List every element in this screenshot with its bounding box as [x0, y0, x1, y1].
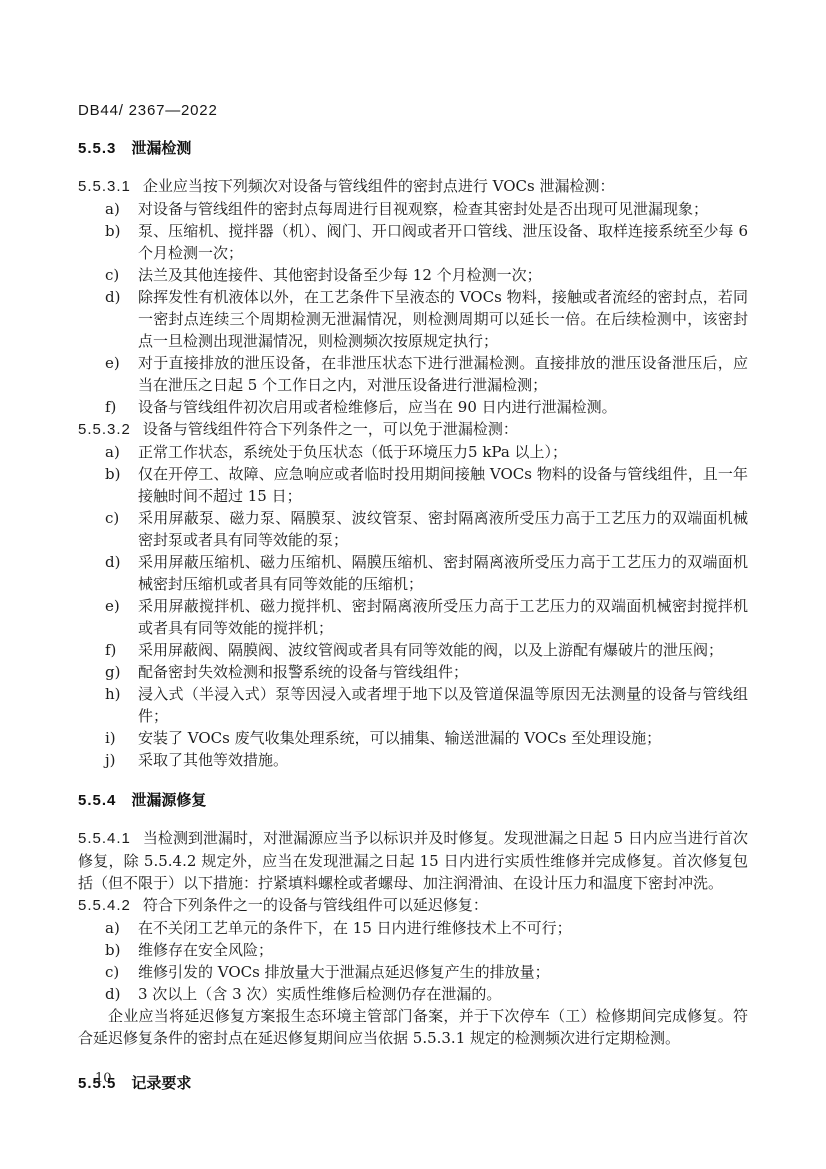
- list-item-text: 采用屏蔽搅拌机、磁力搅拌机、密封隔离液所受压力高于工艺压力的双端面机械密封搅拌机…: [138, 595, 748, 639]
- list-item-marker: c): [105, 961, 138, 983]
- list-item-marker: b): [105, 220, 138, 264]
- list-item-text: 浸入式（半浸入式）泵等因浸入或者埋于地下以及管道保温等原因无法测量的设备与管线组…: [138, 683, 748, 727]
- list-item-marker: c): [105, 507, 138, 551]
- list-item-text: 维修引发的 VOCs 排放量大于泄漏点延迟修复产生的排放量；: [138, 961, 748, 983]
- section-number: 5.5.4: [78, 792, 116, 809]
- list-item-marker: g): [105, 661, 138, 683]
- section-heading-5-5-3: 5.5.3泄漏检测: [78, 138, 748, 160]
- clause-text: 符合下列条件之一的设备与管线组件可以延迟修复：: [143, 896, 488, 914]
- list-item: f) 设备与管线组件初次启用或者检维修后，应当在 90 日内进行泄漏检测。: [78, 396, 748, 418]
- clause-text: 当检测到泄漏时，对泄漏源应当予以标识并及时修复。发现泄漏之日起 5 日内应当进行…: [78, 829, 748, 892]
- list-item-text: 采取了其他等效措施。: [138, 749, 748, 771]
- list-item: a) 对设备与管线组件的密封点每周进行目视观察，检查其密封处是否出现可见泄漏现象…: [78, 198, 748, 220]
- clause-number: 5.5.3.1: [78, 178, 131, 195]
- list-item-text: 安装了 VOCs 废气收集处理系统，可以捕集、输送泄漏的 VOCs 至处理设施；: [138, 727, 748, 749]
- list-item-text: 采用屏蔽泵、磁力泵、隔膜泵、波纹管泵、密封隔离液所受压力高于工艺压力的双端面机械…: [138, 507, 748, 551]
- list-item-text: 配备密封失效检测和报警系统的设备与管线组件；: [138, 661, 748, 683]
- list-item-text: 法兰及其他连接件、其他密封设备至少每 12 个月检测一次；: [138, 264, 748, 286]
- list-item-marker: f): [105, 639, 138, 661]
- list-item-text: 在不关闭工艺单元的条件下，在 15 日内进行维修技术上不可行；: [138, 917, 748, 939]
- list-item-marker: e): [105, 595, 138, 639]
- list-item-marker: b): [105, 463, 138, 507]
- list-item: c) 采用屏蔽泵、磁力泵、隔膜泵、波纹管泵、密封隔离液所受压力高于工艺压力的双端…: [78, 507, 748, 551]
- list-item: e) 采用屏蔽搅拌机、磁力搅拌机、密封隔离液所受压力高于工艺压力的双端面机械密封…: [78, 595, 748, 639]
- list-item: b) 维修存在安全风险；: [78, 939, 748, 961]
- list-item: h) 浸入式（半浸入式）泵等因浸入或者埋于地下以及管道保温等原因无法测量的设备与…: [78, 683, 748, 727]
- list-item-text: 维修存在安全风险；: [138, 939, 748, 961]
- list-item-text: 3 次以上（含 3 次）实质性维修后检测仍存在泄漏的。: [138, 983, 748, 1005]
- list-item-marker: j): [105, 749, 138, 771]
- section-title: 记录要求: [131, 1075, 191, 1092]
- list-item-marker: c): [105, 264, 138, 286]
- page-number: 10: [95, 1071, 112, 1086]
- list-item-marker: e): [105, 352, 138, 396]
- clause-5-5-3-1: 5.5.3.1企业应当按下列频次对设备与管线组件的密封点进行 VOCs 泄漏检测…: [78, 175, 748, 198]
- list-item: a) 正常工作状态，系统处于负压状态（低于环境压力5 kPa 以上）；: [78, 441, 748, 463]
- list-item: e) 对于直接排放的泄压设备，在非泄压状态下进行泄漏检测。直接排放的泄压设备泄压…: [78, 352, 748, 396]
- list-item-text: 除挥发性有机液体以外，在工艺条件下呈液态的 VOCs 物料，接触或者流经的密封点…: [138, 286, 748, 352]
- list-item-text: 仅在开停工、故障、应急响应或者临时投用期间接触 VOCs 物料的设备与管线组件，…: [138, 463, 748, 507]
- list-item: i) 安装了 VOCs 废气收集处理系统，可以捕集、输送泄漏的 VOCs 至处理…: [78, 727, 748, 749]
- list-item: d) 采用屏蔽压缩机、磁力压缩机、隔膜压缩机、密封隔离液所受压力高于工艺压力的双…: [78, 551, 748, 595]
- list-item-marker: d): [105, 551, 138, 595]
- clause-number: 5.5.3.2: [78, 421, 131, 438]
- clause-5-5-4-2: 5.5.4.2符合下列条件之一的设备与管线组件可以延迟修复：: [78, 894, 748, 917]
- clause-text: 企业应当按下列频次对设备与管线组件的密封点进行 VOCs 泄漏检测：: [143, 177, 615, 195]
- list-item-text: 对于直接排放的泄压设备，在非泄压状态下进行泄漏检测。直接排放的泄压设备泄压后，应…: [138, 352, 748, 396]
- list-item-text: 采用屏蔽阀、隔膜阀、波纹管阀或者具有同等效能的阀，以及上游配有爆破片的泄压阀；: [138, 639, 748, 661]
- section-heading-5-5-4: 5.5.4泄漏源修复: [78, 790, 748, 812]
- delayed-repair-filing-paragraph: 企业应当将延迟修复方案报生态环境主管部门备案，并于下次停车（工）检修期间完成修复…: [78, 1005, 748, 1049]
- list-item: b) 仅在开停工、故障、应急响应或者临时投用期间接触 VOCs 物料的设备与管线…: [78, 463, 748, 507]
- document-number-header: DB44/ 2367—2022: [78, 103, 748, 119]
- list-item: c) 法兰及其他连接件、其他密封设备至少每 12 个月检测一次；: [78, 264, 748, 286]
- list-item-marker: h): [105, 683, 138, 727]
- list-item-text: 对设备与管线组件的密封点每周进行目视观察，检查其密封处是否出现可见泄漏现象；: [138, 198, 748, 220]
- list-item-marker: i): [105, 727, 138, 749]
- list-item: d) 除挥发性有机液体以外，在工艺条件下呈液态的 VOCs 物料，接触或者流经的…: [78, 286, 748, 352]
- list-item: j) 采取了其他等效措施。: [78, 749, 748, 771]
- list-item: b) 泵、压缩机、搅拌器（机）、阀门、开口阀或者开口管线、泄压设备、取样连接系统…: [78, 220, 748, 264]
- clause-number: 5.5.4.1: [78, 830, 131, 847]
- document-page: DB44/ 2367—2022 5.5.3泄漏检测 5.5.3.1企业应当按下列…: [0, 0, 826, 1169]
- list-item: g) 配备密封失效检测和报警系统的设备与管线组件；: [78, 661, 748, 683]
- clause-text: 设备与管线组件符合下列条件之一，可以免于泄漏检测：: [143, 420, 518, 438]
- list-item-text: 正常工作状态，系统处于负压状态（低于环境压力5 kPa 以上）；: [138, 441, 748, 463]
- list-item-marker: b): [105, 939, 138, 961]
- clause-5-5-3-2: 5.5.3.2设备与管线组件符合下列条件之一，可以免于泄漏检测：: [78, 418, 748, 441]
- section-title: 泄漏检测: [131, 140, 191, 157]
- list-item: c) 维修引发的 VOCs 排放量大于泄漏点延迟修复产生的排放量；: [78, 961, 748, 983]
- list-item: d) 3 次以上（含 3 次）实质性维修后检测仍存在泄漏的。: [78, 983, 748, 1005]
- list-item-marker: a): [105, 198, 138, 220]
- list-item-text: 设备与管线组件初次启用或者检维修后，应当在 90 日内进行泄漏检测。: [138, 396, 748, 418]
- list-item-text: 泵、压缩机、搅拌器（机）、阀门、开口阀或者开口管线、泄压设备、取样连接系统至少每…: [138, 220, 748, 264]
- list-item-marker: d): [105, 983, 138, 1005]
- list-item: f) 采用屏蔽阀、隔膜阀、波纹管阀或者具有同等效能的阀，以及上游配有爆破片的泄压…: [78, 639, 748, 661]
- list-item-marker: f): [105, 396, 138, 418]
- list-item-text: 采用屏蔽压缩机、磁力压缩机、隔膜压缩机、密封隔离液所受压力高于工艺压力的双端面机…: [138, 551, 748, 595]
- list-item-marker: d): [105, 286, 138, 352]
- list-item-marker: a): [105, 917, 138, 939]
- clause-5-5-4-1: 5.5.4.1当检测到泄漏时，对泄漏源应当予以标识并及时修复。发现泄漏之日起 5…: [78, 827, 748, 894]
- section-number: 5.5.3: [78, 140, 116, 157]
- section-heading-5-5-5: 5.5.5记录要求: [78, 1073, 748, 1095]
- clause-number: 5.5.4.2: [78, 897, 131, 914]
- list-item: a) 在不关闭工艺单元的条件下，在 15 日内进行维修技术上不可行；: [78, 917, 748, 939]
- list-item-marker: a): [105, 441, 138, 463]
- section-title: 泄漏源修复: [131, 792, 206, 809]
